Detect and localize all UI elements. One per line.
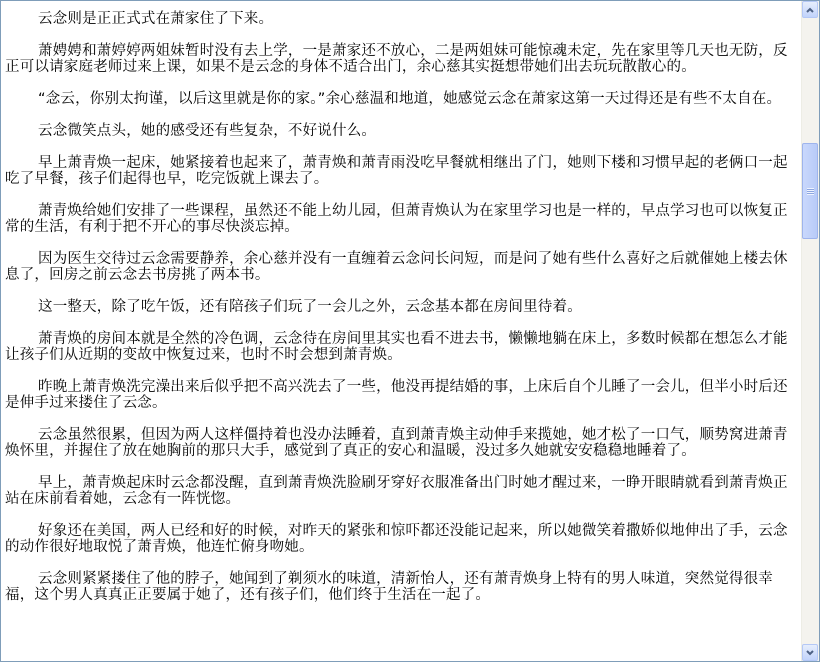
paragraph: 萧娉娉和萧婷婷两姐妹暂时没有去上学，一是萧家还不放心，二是两姐妹可能惊魂未定，先… (5, 43, 789, 75)
paragraph: 云念则是正正式式在萧家住了下来。 (5, 11, 789, 27)
vertical-scrollbar[interactable] (801, 1, 819, 661)
paragraph: “念云，你别太拘谨，以后这里就是你的家。”余心慈温和地道，她感觉云念在萧家这第一… (5, 91, 789, 107)
scrollbar-thumb[interactable] (802, 143, 818, 239)
chevron-down-icon (806, 650, 814, 656)
paragraph: 好象还在美国，两人已经和好的时候，对昨天的紧张和惊吓都还没能记起来，所以她微笑着… (5, 523, 789, 555)
paragraph: 昨晚上萧青焕洗完澡出来后似乎把不高兴洗去了一些，他没再提结婚的事，上床后自个儿睡… (5, 379, 789, 411)
chevron-up-icon (806, 7, 814, 13)
paragraph: 早上，萧青焕起床时云念都没醒，直到萧青焕洗脸刷牙穿好衣服准备出门时她才醒过来，一… (5, 475, 789, 507)
paragraph: 早上萧青焕一起床，她紧接着也起来了，萧青焕和萧青雨没吃早餐就相继出了门，她则下楼… (5, 155, 789, 187)
grip-icon (807, 188, 814, 195)
paragraph: 萧青焕给她们安排了一些课程，虽然还不能上幼儿园，但萧青焕认为在家里学习也是一样的… (5, 203, 789, 235)
scroll-up-button[interactable] (802, 1, 818, 18)
paragraph: 云念微笑点头，她的感受还有些复杂，不好说什么。 (5, 123, 789, 139)
paragraph: 萧青焕的房间本就是全然的冷色调，云念待在房间里其实也看不进去书，懒懒地躺在床上，… (5, 331, 789, 363)
paragraph: 因为医生交待过云念需要静养，余心慈并没有一直缠着云念问长问短，而是问了她有些什么… (5, 251, 789, 283)
document-body: 云念则是正正式式在萧家住了下来。 萧娉娉和萧婷婷两姐妹暂时没有去上学，一是萧家还… (5, 11, 789, 619)
text-viewer-window: 云念则是正正式式在萧家住了下来。 萧娉娉和萧婷婷两姐妹暂时没有去上学，一是萧家还… (0, 0, 820, 662)
paragraph: 这一整天，除了吃午饭，还有陪孩子们玩了一会儿之外，云念基本都在房间里待着。 (5, 299, 789, 315)
paragraph: 云念则紧紧搂住了他的脖子，她闻到了剃须水的味道，清新怡人，还有萧青焕身上特有的男… (5, 571, 789, 603)
paragraph: 云念虽然很累，但因为两人这样僵持着也没办法睡着，直到萧青焕主动伸手来揽她，她才松… (5, 427, 789, 459)
scroll-down-button[interactable] (802, 644, 818, 661)
